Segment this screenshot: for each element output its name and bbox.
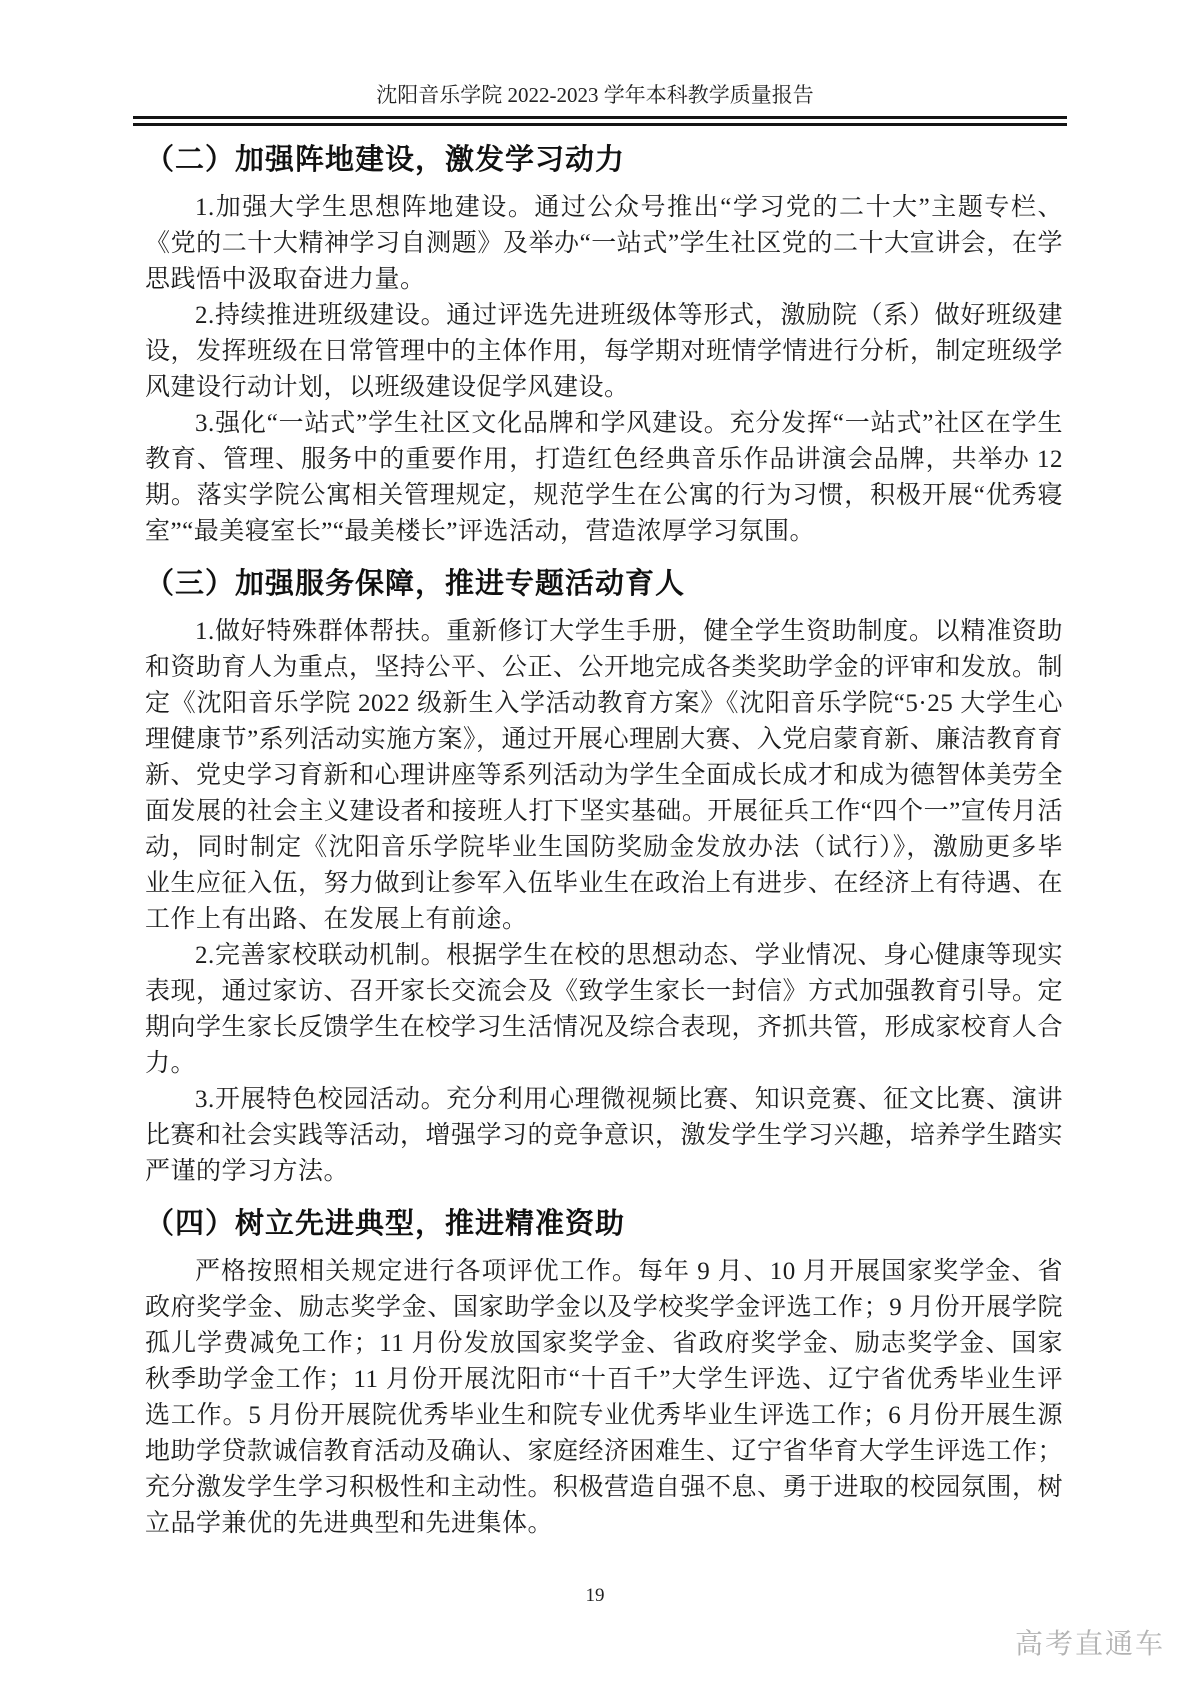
section-3-paragraph-2: 2.完善家校联动机制。根据学生在校的思想动态、学业情况、身心健康等现实表现，通过… (145, 938, 1063, 1082)
section-4-paragraph-1: 严格按照相关规定进行各项评优工作。每年 9 月、10 月开展国家奖学金、省政府奖… (145, 1254, 1063, 1542)
section-2-paragraph-3: 3.强化“一站式”学生社区文化品牌和学风建设。充分发挥“一站式”社区在学生教育、… (145, 406, 1063, 550)
section-heading-2: （二）加强阵地建设，激发学习动力 (145, 140, 1063, 180)
page-number: 19 (0, 1585, 1190, 1607)
section-2-paragraph-2: 2.持续推进班级建设。通过评选先进班级体等形式，激励院（系）做好班级建设，发挥班… (145, 298, 1063, 406)
watermark-text: 高考直通车 (1015, 1622, 1165, 1662)
section-heading-4: （四）树立先进典型，推进精准资助 (145, 1204, 1063, 1244)
section-heading-3: （三）加强服务保障，推进专题活动育人 (145, 564, 1063, 604)
header-divider-double-rule (133, 116, 1067, 126)
section-3-paragraph-1: 1.做好特殊群体帮扶。重新修订大学生手册，健全学生资助制度。以精准资助和资助育人… (145, 614, 1063, 938)
section-2-paragraph-1: 1.加强大学生思想阵地建设。通过公众号推出“学习党的二十大”主题专栏、《党的二十… (145, 190, 1063, 298)
document-body: （二）加强阵地建设，激发学习动力 1.加强大学生思想阵地建设。通过公众号推出“学… (145, 140, 1063, 1542)
running-header: 沈阳音乐学院 2022-2023 学年本科教学质量报告 (0, 0, 1190, 108)
document-page: 沈阳音乐学院 2022-2023 学年本科教学质量报告 （二）加强阵地建设，激发… (0, 0, 1190, 1684)
section-3-paragraph-3: 3.开展特色校园活动。充分利用心理微视频比赛、知识竞赛、征文比赛、演讲比赛和社会… (145, 1082, 1063, 1190)
